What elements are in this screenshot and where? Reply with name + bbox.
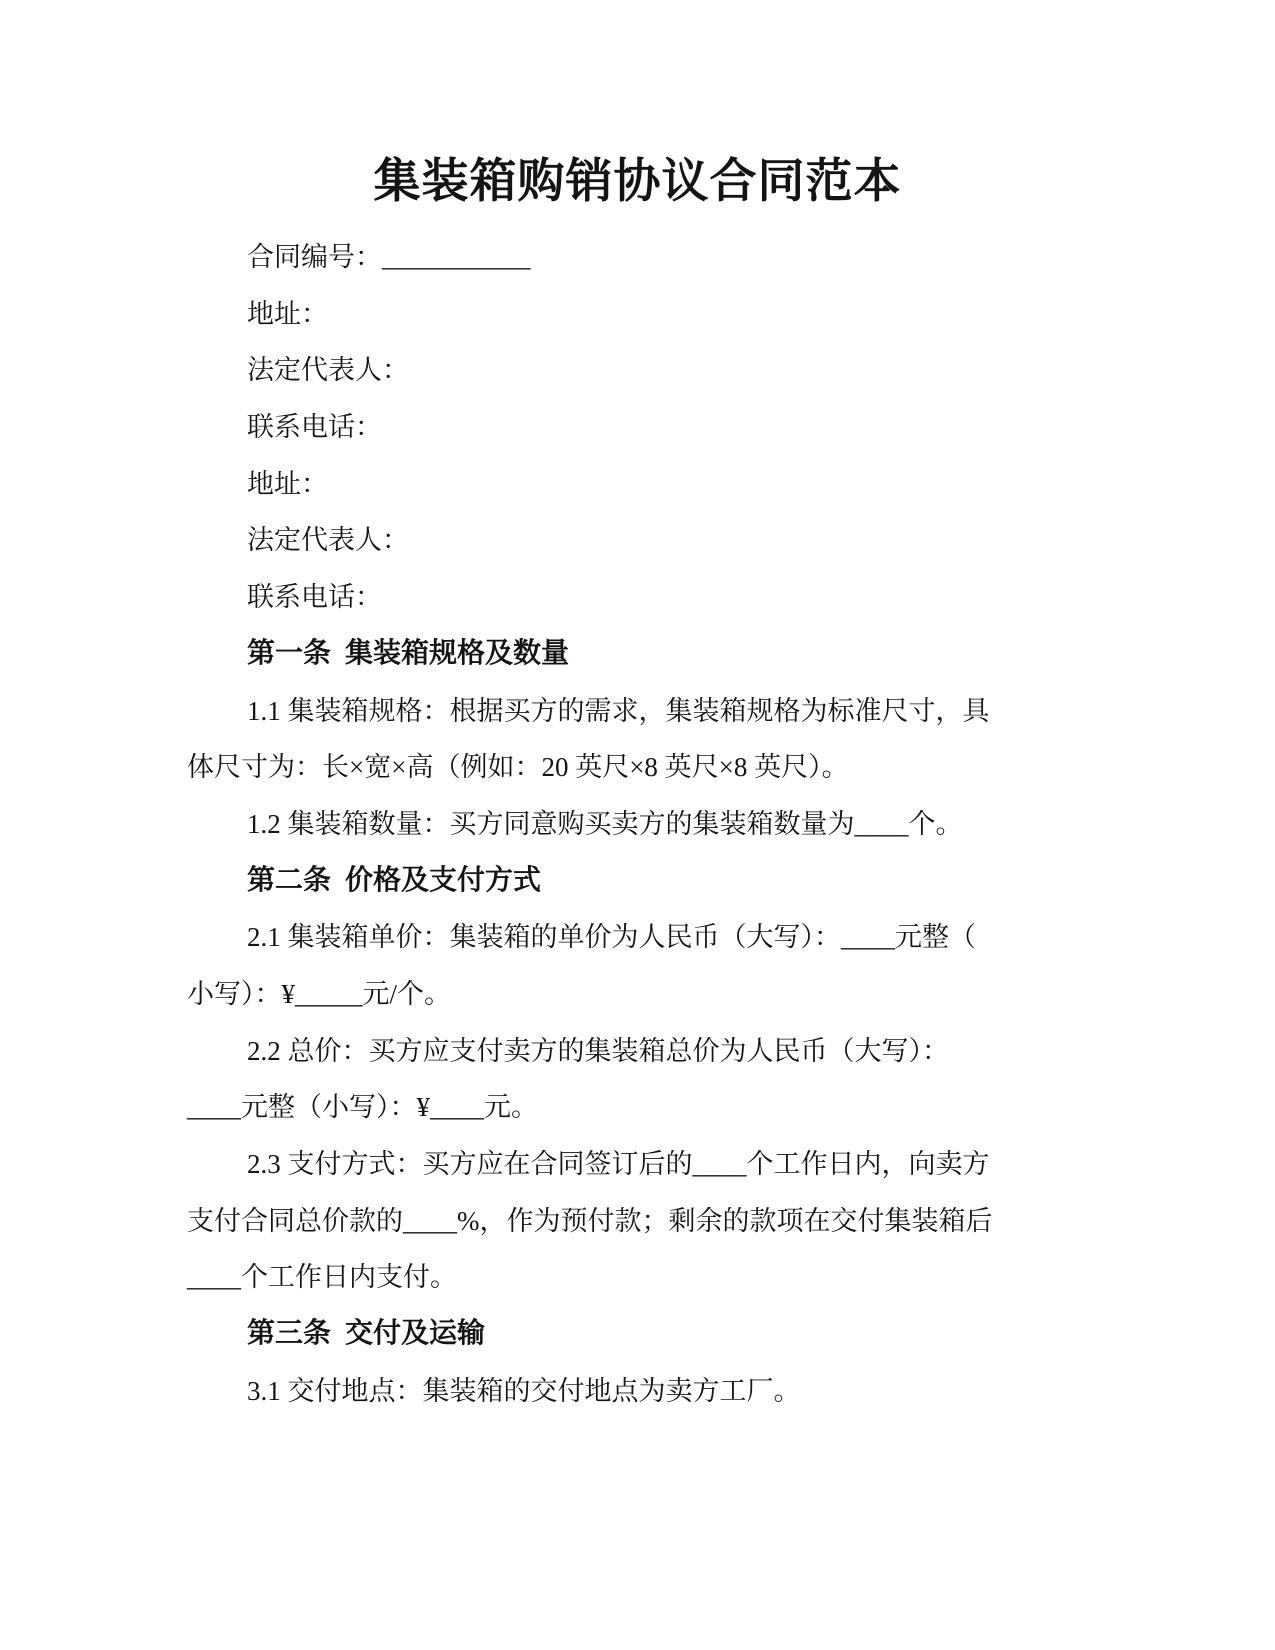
- section-heading: 第二条 价格及支付方式: [187, 853, 1088, 910]
- section-heading: 第三条 交付及运输: [187, 1306, 1088, 1363]
- paragraph-line: 体尺寸为：长×宽×高（例如：20 英尺×8 英尺×8 英尺）。: [187, 739, 1088, 796]
- paragraph-line: 1.2 集装箱数量：买方同意购买卖方的集装箱数量为____个。: [187, 796, 1088, 853]
- section-heading: 第一条 集装箱规格及数量: [187, 626, 1088, 683]
- paragraph-line: 合同编号：___________: [187, 229, 1088, 286]
- paragraph-line: 地址：: [187, 286, 1088, 343]
- paragraph-line: 小写）：¥_____元/个。: [187, 966, 1088, 1023]
- paragraph-line: ____元整（小写）：¥____元。: [187, 1079, 1088, 1136]
- contract-document-page: 集装箱购销协议合同范本 合同编号：___________地址：法定代表人：联系电…: [0, 0, 1275, 1650]
- paragraph-line: 联系电话：: [187, 569, 1088, 626]
- paragraph-line: ____个工作日内支付。: [187, 1249, 1088, 1306]
- paragraph-line: 法定代表人：: [187, 342, 1088, 399]
- document-body: 合同编号：___________地址：法定代表人：联系电话：地址：法定代表人：联…: [187, 229, 1088, 1419]
- paragraph-line: 地址：: [187, 456, 1088, 513]
- paragraph-line: 1.1 集装箱规格：根据买方的需求，集装箱规格为标准尺寸，具: [187, 683, 1088, 740]
- paragraph-line: 2.2 总价：买方应支付卖方的集装箱总价为人民币（大写）：: [187, 1023, 1088, 1080]
- paragraph-line: 2.1 集装箱单价：集装箱的单价为人民币（大写）：____元整（: [187, 909, 1088, 966]
- paragraph-line: 2.3 支付方式：买方应在合同签订后的____个工作日内，向卖方: [187, 1136, 1088, 1193]
- paragraph-line: 联系电话：: [187, 399, 1088, 456]
- paragraph-line: 法定代表人：: [187, 512, 1088, 569]
- document-title: 集装箱购销协议合同范本: [187, 146, 1088, 218]
- paragraph-line: 3.1 交付地点：集装箱的交付地点为卖方工厂。: [187, 1363, 1088, 1420]
- paragraph-line: 支付合同总价款的____%，作为预付款；剩余的款项在交付集装箱后: [187, 1193, 1088, 1250]
